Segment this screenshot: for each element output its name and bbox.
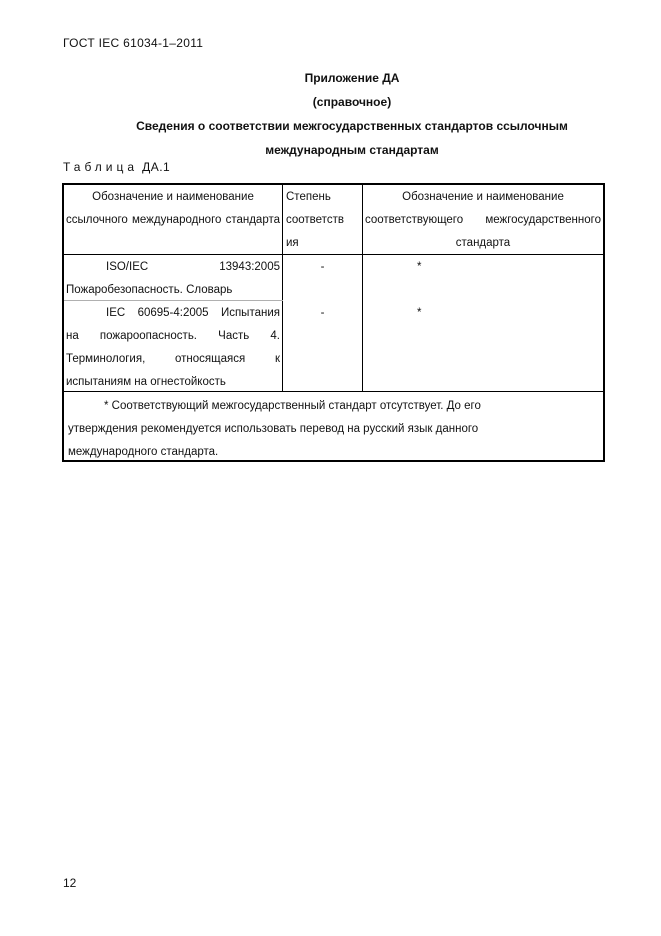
appendix-type: (справочное)	[99, 90, 605, 114]
column-degree: - -	[283, 255, 363, 391]
cell-line: -	[286, 256, 359, 279]
header-line: ия	[286, 232, 359, 254]
table-header-row: Обозначение и наименование ссылочногомеж…	[64, 185, 603, 255]
header-line: Обозначение и наименование	[365, 186, 601, 209]
page-number: 12	[63, 876, 76, 890]
column-designation: ISO/IEC13943:2005 Пожаробезопасность. Сл…	[64, 255, 283, 391]
document-page: ГОСТ IEC 61034-1–2011 Приложение ДА (спр…	[0, 0, 661, 936]
doc-number: ГОСТ IEC 61034-1–2011	[63, 36, 203, 50]
correspondence-table: Обозначение и наименование ссылочногомеж…	[62, 183, 605, 462]
table-row-1-degree: -	[286, 256, 359, 302]
cell-line: ISO/IEC13943:2005	[66, 256, 280, 279]
table-body: ISO/IEC13943:2005 Пожаробезопасность. Сл…	[64, 255, 603, 392]
cell-line: *	[365, 256, 601, 279]
appendix-title: Приложение ДА	[99, 66, 605, 90]
header-cell-reference-standard: Обозначение и наименование ссылочногомеж…	[64, 185, 283, 254]
header-line: Степень	[286, 186, 359, 209]
table-caption: ТаблицаДА.1	[63, 160, 170, 174]
table-caption-number: ДА.1	[142, 160, 170, 174]
cell-line: испытаниям на огнестойкость	[66, 371, 280, 391]
cell-line: Терминология,относящаясяк	[66, 348, 280, 371]
footnote-line: * Соответствующий межгосударственный ста…	[68, 395, 599, 418]
footnote-line: международного стандарта.	[68, 441, 599, 464]
cell-line: напожароопасность.Часть4.	[66, 325, 280, 348]
appendix-headings: Приложение ДА (справочное) Сведения о со…	[63, 66, 605, 162]
appendix-heading-line1: Сведения о соответствии межгосударственн…	[99, 114, 605, 138]
header-line: Обозначение и наименование	[66, 186, 280, 209]
table-row-2-corresponding: *	[365, 302, 601, 325]
table-row-2-degree: -	[286, 302, 359, 325]
header-line: соответствующегомежгосударственного	[365, 209, 601, 232]
header-line: ссылочногомеждународногостандарта	[66, 209, 280, 232]
table-caption-word: Таблица	[63, 160, 138, 174]
row-separator-line	[64, 300, 283, 301]
footnote-line: утверждения рекомендуется использовать п…	[68, 418, 599, 441]
header-line: соответств	[286, 209, 359, 232]
cell-line: *	[365, 302, 601, 325]
cell-line: -	[286, 302, 359, 325]
cell-line: IEC60695-4:2005Испытания	[66, 302, 280, 325]
column-corresponding: * *	[363, 255, 603, 391]
header-cell-degree: Степень соответств ия	[283, 185, 363, 254]
table-row-1-corresponding: *	[365, 256, 601, 302]
table-row-2-designation: IEC60695-4:2005Испытания напожароопаснос…	[66, 302, 280, 391]
table-row-1-designation: ISO/IEC13943:2005 Пожаробезопасность. Сл…	[66, 256, 280, 302]
table-footnote: * Соответствующий межгосударственный ста…	[64, 392, 603, 464]
cell-line: Пожаробезопасность. Словарь	[66, 279, 280, 302]
header-cell-corresponding-standard: Обозначение и наименование соответствующ…	[363, 185, 603, 254]
appendix-heading-line2: международным стандартам	[99, 138, 605, 162]
header-line: стандарта	[365, 232, 601, 254]
